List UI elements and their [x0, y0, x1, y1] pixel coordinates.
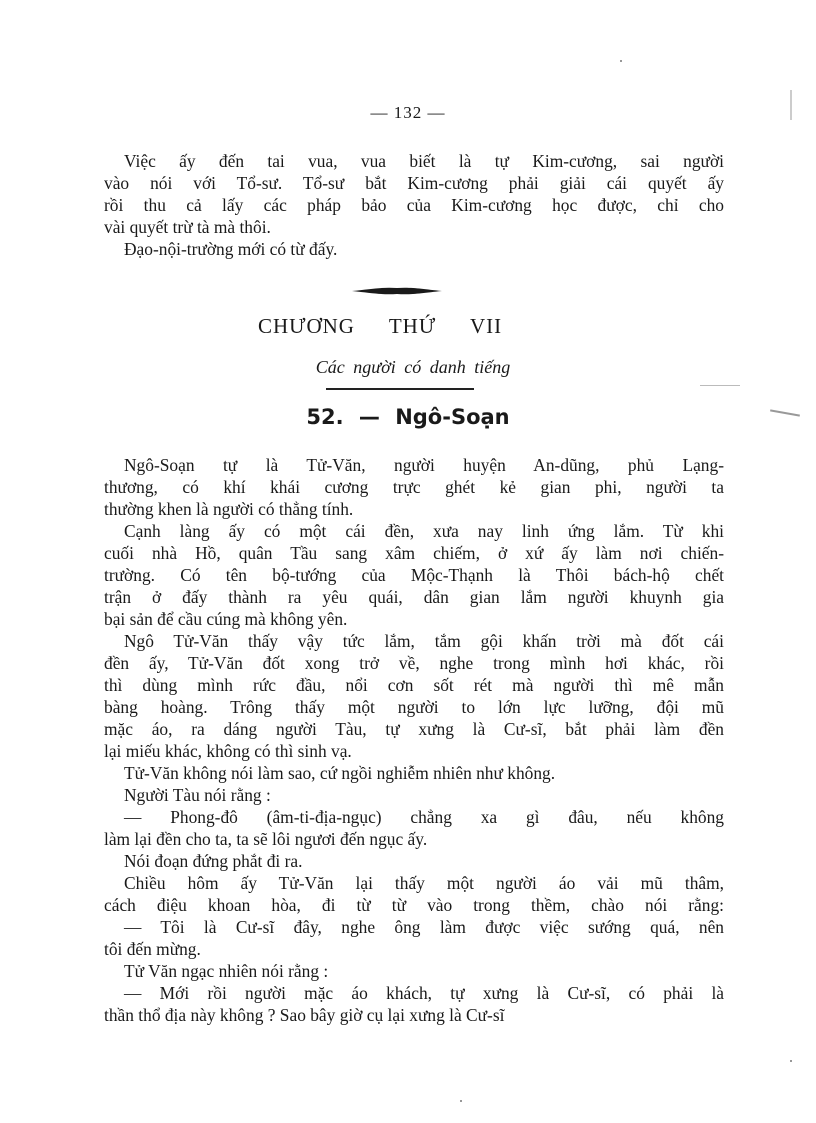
text-line: Ngô Tử-Văn thấy vậy tức lắm, tắm gội khấ… — [104, 630, 724, 652]
text-line: thì dùng mình rức đầu, nổi cơn sốt rét m… — [104, 674, 724, 696]
text-line: Ngô-Soạn tự là Tử-Văn, người huyện An-dũ… — [104, 454, 724, 476]
text-line: trường. Có tên bộ-tướng của Mộc-Thạnh là… — [104, 564, 724, 586]
text-line: bàng hoàng. Trông thấy một người to lớn … — [104, 696, 724, 718]
paragraph: Việc ấy đến tai vua, vua biết là tự Kim-… — [104, 150, 724, 238]
text-line: làm lại đền cho ta, ta sẽ lôi ngươi đến … — [104, 828, 724, 850]
text-line: Người Tàu nói rằng : — [104, 784, 724, 806]
paragraph: Nói đoạn đứng phắt đi ra. — [104, 850, 724, 872]
text-line: — Mới rồi người mặc áo khách, tự xưng là… — [104, 982, 724, 1004]
text-line: rồi thu cả lấy các pháp bảo của Kim-cươn… — [84, 194, 724, 216]
intro-text: Việc ấy đến tai vua, vua biết là tự Kim-… — [104, 150, 724, 260]
text-line: trận ở đấy thành ra yêu quái, dân gian l… — [104, 586, 724, 608]
body-text: Ngô-Soạn tự là Tử-Văn, người huyện An-dũ… — [104, 454, 724, 1026]
text-line: tôi đến mừng. — [104, 938, 724, 960]
document-page: — 132 — Việc ấy đến tai vua, vua biết là… — [0, 0, 816, 1123]
text-line: thương, có khí khái cương trực ghét kẻ g… — [104, 476, 724, 498]
paragraph: Ngô-Soạn tự là Tử-Văn, người huyện An-dũ… — [104, 454, 724, 520]
paragraph: — Tôi là Cư-sĩ đây, nghe ông làm được vi… — [104, 916, 724, 960]
text-line: đền ấy, Tử-Văn đốt xong trở về, nghe tro… — [104, 652, 724, 674]
paragraph: Người Tàu nói rằng : — [104, 784, 724, 806]
scan-speck — [790, 1060, 792, 1062]
text-line: Cạnh làng ấy có một cái đền, xưa nay lin… — [104, 520, 724, 542]
scan-speck — [620, 60, 622, 62]
text-line: — Phong-đô (âm-ti-địa-ngục) chẳng xa gì … — [104, 806, 724, 828]
text-line: lại miếu khác, không có thì sinh vạ. — [104, 740, 724, 762]
text-line: thường khen là người có thẳng tính. — [104, 498, 724, 520]
text-line: Tử-Văn không nói làm sao, cứ ngồi nghiễm… — [104, 762, 724, 784]
text-line: cuối nhà Hồ, quân Tầu sang xâm chiếm, ở … — [104, 542, 724, 564]
decorative-ornament — [352, 287, 442, 295]
page-number: — 132 — — [0, 103, 816, 123]
paragraph: Cạnh làng ấy có một cái đền, xưa nay lin… — [104, 520, 724, 630]
paragraph: Đạo-nội-trường mới có từ đấy. — [104, 238, 724, 260]
text-line: thần thổ địa này không ? Sao bây giờ cụ … — [104, 1004, 724, 1026]
paragraph: — Mới rồi người mặc áo khách, tự xưng là… — [104, 982, 724, 1026]
text-line: cách điệu khoan hòa, đi từ từ vào trong … — [104, 894, 724, 916]
paragraph: Tử-Văn không nói làm sao, cứ ngồi nghiễm… — [104, 762, 724, 784]
text-line: mặc áo, ra dáng người Tàu, tự xưng là Cư… — [104, 718, 724, 740]
paragraph: — Phong-đô (âm-ti-địa-ngục) chẳng xa gì … — [104, 806, 724, 850]
text-line: vào nói với Tổ-sư. Tổ-sư bắt Kim-cương p… — [84, 172, 724, 194]
text-line: Việc ấy đến tai vua, vua biết là tự Kim-… — [104, 150, 724, 172]
paragraph: Chiều hôm ấy Tử-Văn lại thấy một người á… — [104, 872, 724, 916]
scan-speck — [460, 1100, 462, 1102]
text-line: Nói đoạn đứng phắt đi ra. — [104, 850, 724, 872]
text-line: Đạo-nội-trường mới có từ đấy. — [104, 238, 724, 260]
text-line: bại sản để cầu cúng mà không yên. — [104, 608, 724, 630]
chapter-title: CHƯƠNG THỨ VII — [258, 314, 558, 339]
paragraph: Ngô Tử-Văn thấy vậy tức lắm, tắm gội khấ… — [104, 630, 724, 762]
text-line: — Tôi là Cư-sĩ đây, nghe ông làm được vi… — [104, 916, 724, 938]
scan-speck — [700, 385, 740, 386]
scan-speck — [790, 90, 792, 120]
section-title: 52. — Ngô-Soạn — [0, 405, 816, 429]
text-line: Tử Văn ngạc nhiên nói rằng : — [104, 960, 724, 982]
divider — [326, 388, 474, 390]
text-line: Chiều hôm ấy Tử-Văn lại thấy một người á… — [104, 872, 724, 894]
text-line: vài quyết trừ tà mà thôi. — [84, 216, 724, 238]
chapter-subtitle: Các người có danh tiếng — [268, 357, 558, 378]
paragraph: Tử Văn ngạc nhiên nói rằng : — [104, 960, 724, 982]
